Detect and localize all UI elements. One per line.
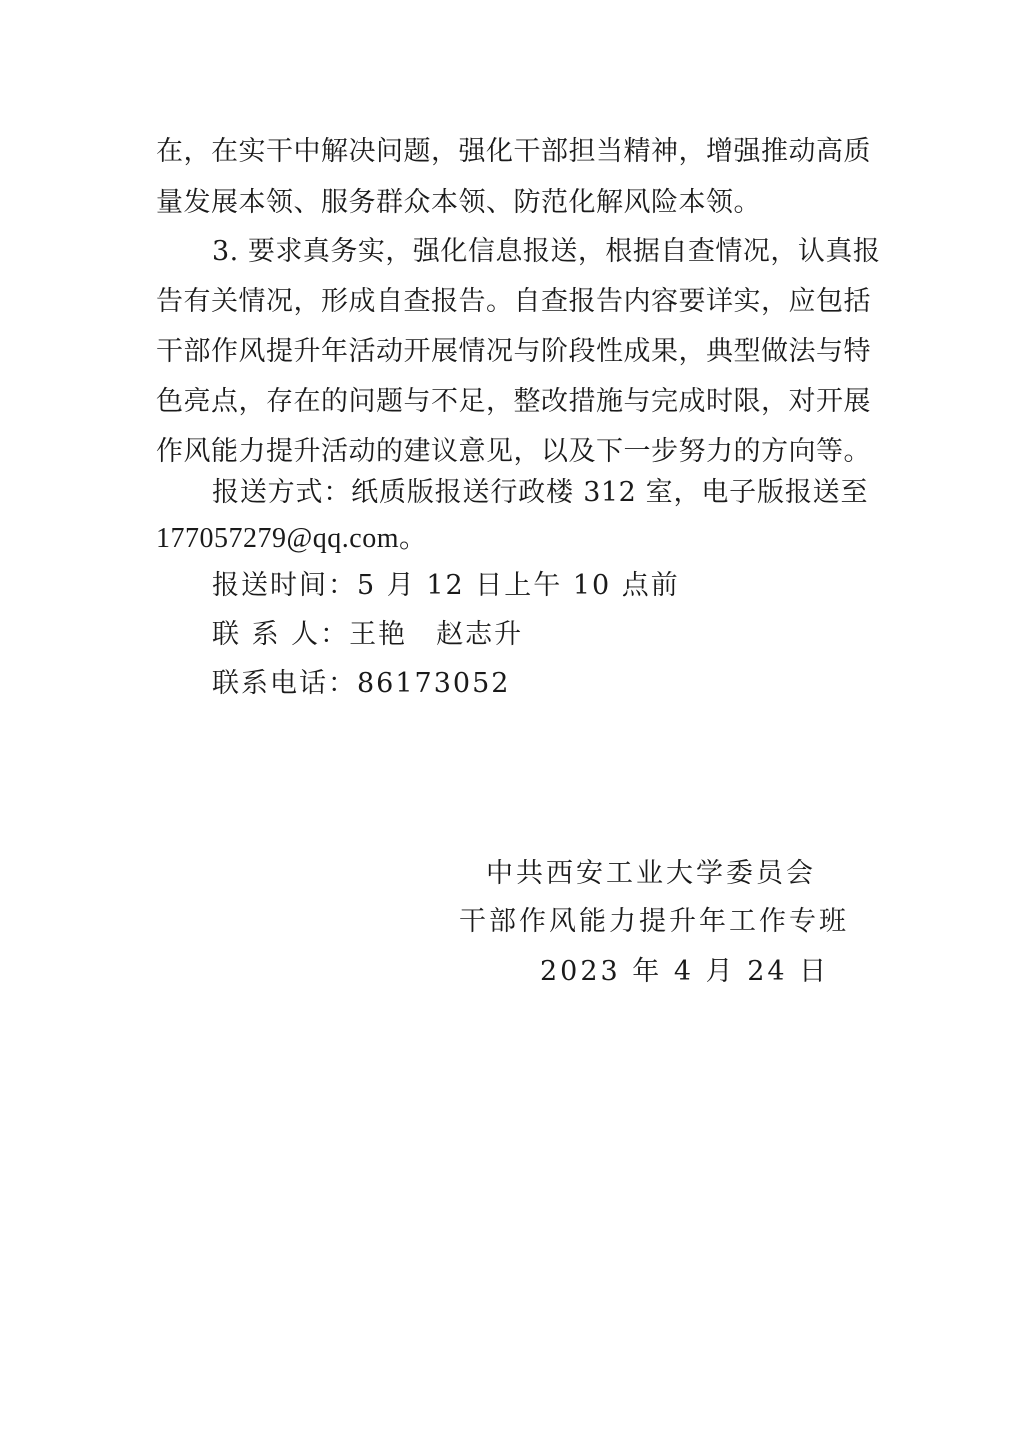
body-line-5: 干部作风提升年活动开展情况与阶段性成果，典型做法与特 [156,336,868,368]
body-line-7: 作风能力提升活动的建议意见，以及下一步努力的方向等。 [156,436,868,468]
signature-org: 中共西安工业大学委员会 [486,858,816,890]
signature-date: 2023 年 4 月 24 日 [540,956,829,988]
body-line-6: 色亮点，存在的问题与不足，整改措施与完成时限，对开展 [156,386,868,418]
body-line-3: 3. 要求真务实，强化信息报送，根据自查情况，认真报 [212,236,868,268]
submission-time: 报送时间：5 月 12 日上午 10 点前 [212,570,680,602]
body-line-2: 量发展本领、服务群众本领、防范化解风险本领。 [156,187,761,219]
body-line-1: 在，在实干中解决问题，强化干部担当精神，增强推动高质 [156,136,868,168]
contact-phone: 联系电话：86173052 [212,668,510,700]
submission-method: 报送方式：纸质版报送行政楼 312 室，电子版报送至 [212,477,868,509]
submission-email: 177057279@qq.com。 [156,523,428,555]
body-line-4: 告有关情况，形成自查报告。自查报告内容要详实，应包括 [156,286,868,318]
contact-persons: 联 系 人：王艳 赵志升 [212,619,523,651]
signature-team: 干部作风能力提升年工作专班 [459,906,849,938]
